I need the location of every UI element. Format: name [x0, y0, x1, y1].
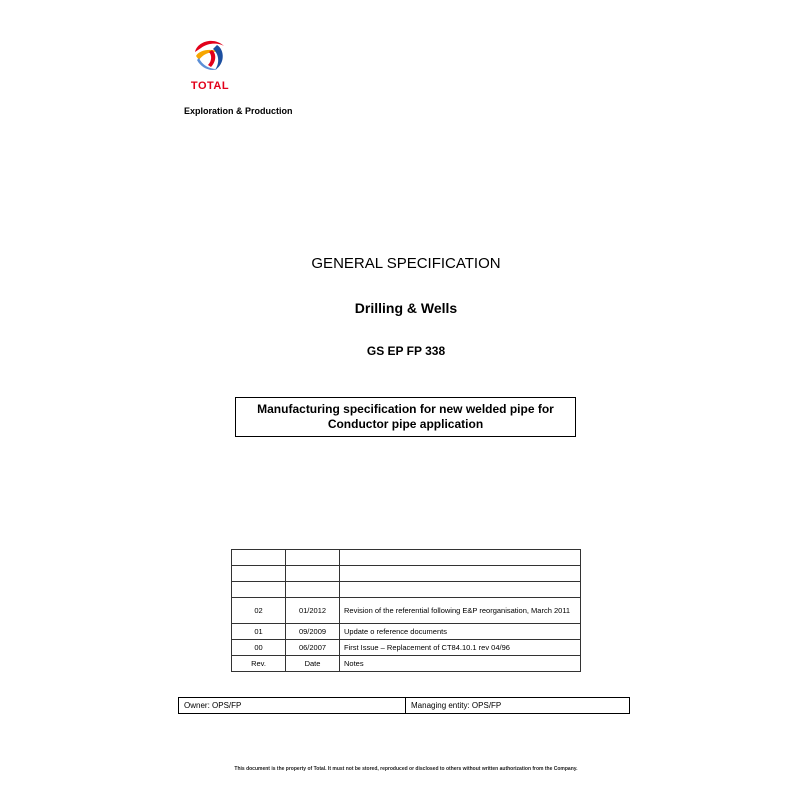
- document-type: GENERAL SPECIFICATION: [0, 255, 800, 272]
- date-cell: 06/2007: [286, 640, 340, 656]
- date-cell: [286, 550, 340, 566]
- document-title-box: Manufacturing specification for new weld…: [235, 397, 576, 437]
- table-row: 0201/2012Revision of the referential fol…: [232, 598, 581, 624]
- rev-cell: 02: [232, 598, 286, 624]
- discipline-heading: Drilling & Wells: [0, 300, 800, 316]
- date-cell: Date: [286, 656, 340, 672]
- notes-cell: [340, 582, 581, 598]
- total-logo-icon: [191, 36, 229, 74]
- notes-cell: Revision of the referential following E&…: [340, 598, 581, 624]
- document-title-line2: Conductor pipe application: [257, 417, 554, 432]
- notes-cell: [340, 550, 581, 566]
- table-row: 0109/2009Update o reference documents: [232, 624, 581, 640]
- rev-cell: 01: [232, 624, 286, 640]
- table-row-empty: [232, 566, 581, 582]
- rev-cell: 00: [232, 640, 286, 656]
- division-label: Exploration & Production: [184, 106, 293, 116]
- notes-cell: Update o reference documents: [340, 624, 581, 640]
- table-header-row: Rev.DateNotes: [232, 656, 581, 672]
- rev-cell: [232, 566, 286, 582]
- table-row-empty: [232, 582, 581, 598]
- confidentiality-notice: This document is the property of Total. …: [0, 766, 800, 772]
- notes-cell: [340, 566, 581, 582]
- rev-cell: [232, 582, 286, 598]
- notes-cell: Notes: [340, 656, 581, 672]
- document-title-line1: Manufacturing specification for new weld…: [257, 402, 554, 417]
- owner-cell: Owner: OPS/FP: [179, 698, 406, 713]
- date-cell: [286, 566, 340, 582]
- date-cell: 01/2012: [286, 598, 340, 624]
- rev-cell: [232, 550, 286, 566]
- table-row-empty: [232, 550, 581, 566]
- table-row: 0006/2007First Issue – Replacement of CT…: [232, 640, 581, 656]
- company-wordmark: TOTAL: [184, 80, 236, 92]
- managing-entity-cell: Managing entity: OPS/FP: [406, 698, 506, 713]
- rev-cell: Rev.: [232, 656, 286, 672]
- notes-cell: First Issue – Replacement of CT84.10.1 r…: [340, 640, 581, 656]
- document-reference: GS EP FP 338: [0, 344, 800, 358]
- date-cell: 09/2009: [286, 624, 340, 640]
- ownership-box: Owner: OPS/FP Managing entity: OPS/FP: [178, 697, 630, 714]
- date-cell: [286, 582, 340, 598]
- revision-table: 0201/2012Revision of the referential fol…: [231, 549, 581, 672]
